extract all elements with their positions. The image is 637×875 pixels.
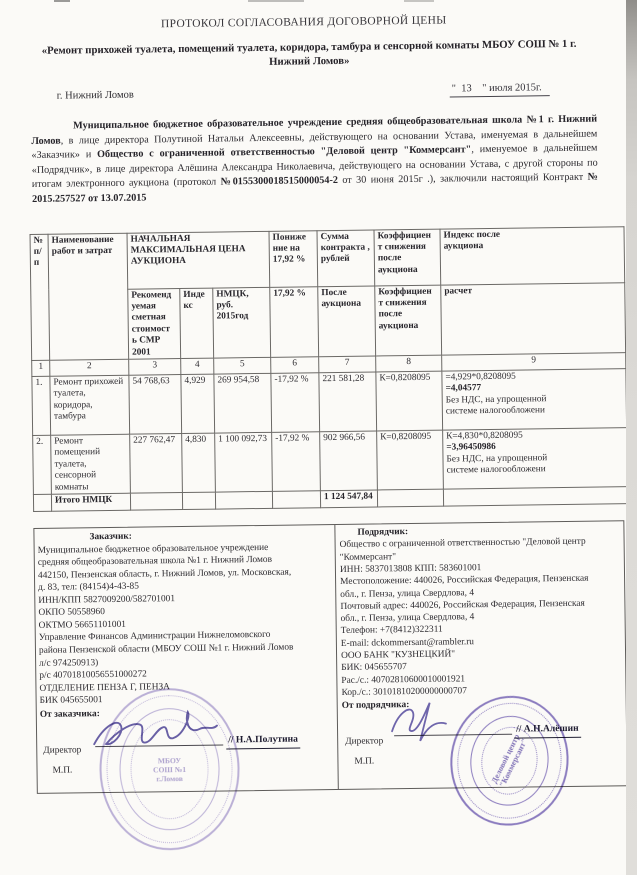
customer-details: Муниципальное бюджетное образовательное … — [38, 541, 336, 708]
place-date-row: г. Нижний Ломов " 13 " июля 2015г. — [0, 81, 625, 105]
document-title: ПРОТОКОЛ СОГЛАСОВАНИЯ ДОГОВОРНОЙ ЦЕНЫ — [0, 12, 614, 32]
intro-contractor-name: Общество с ограниченной ответственностью… — [97, 144, 471, 160]
col-header-coeff: Коэффициен т снижения после аукциона — [374, 229, 441, 286]
col-header-decrease: Пониже ние на 17,92 % — [269, 230, 318, 287]
col-number: 6 — [271, 357, 319, 374]
cell-nmck: 269 954,58 — [214, 373, 272, 433]
intro-paragraph: Муниципальное бюджетное образовательное … — [31, 113, 598, 208]
subheader-decrease: 17,92 % — [270, 286, 319, 357]
col-number: 1 — [32, 360, 50, 376]
cell-name: Ремонт прихожей туалета, коридора, тамбу… — [50, 375, 130, 435]
col-number: 4 — [181, 358, 214, 374]
subheader-cost: Рекоменд уемая сметная стоимост ь СМР 20… — [128, 288, 181, 359]
customer-seal-label: М.П. — [52, 765, 72, 778]
col-header-name: Наименование работ и затрат — [48, 233, 129, 360]
parties-box: Заказчик: Муниципальное бюджетное образо… — [33, 520, 627, 794]
intro-text: от 30 июня 2015г .), заключили настоящий… — [338, 172, 588, 186]
col-header-nmc-group: НАЧАЛЬНАЯ МАКСИМАЛЬНАЯ ЦЕНА АУКЦИОНА — [127, 231, 270, 289]
cell-decrease: -17,92 % — [272, 432, 321, 492]
cell-num: 2. — [33, 435, 52, 494]
customer-signature-block: Директор // Н.А.Полутина М.П. — [40, 717, 337, 793]
calc-formula: =4,929*0,8208095 — [445, 372, 515, 383]
table-row: 2. Ремонт помещений туалета, сенсорной к… — [33, 428, 628, 495]
col-number: 7 — [319, 356, 376, 373]
col-number: 5 — [214, 357, 271, 374]
contractor-role-label: Директор — [345, 736, 383, 749]
document-page: ПРОТОКОЛ СОГЛАСОВАНИЯ ДОГОВОРНОЙ ЦЕНЫ «Р… — [0, 0, 635, 875]
calc-result: =4,04577 — [446, 383, 482, 393]
cell-empty — [130, 493, 182, 511]
cell-empty — [33, 494, 51, 511]
cell-empty — [215, 491, 272, 509]
cell-empty — [182, 492, 215, 509]
scanner-edge-shadow — [626, 0, 637, 875]
cell-cost: 227 762,47 — [130, 434, 183, 494]
cell-nmck: 1 100 092,73 — [215, 432, 273, 492]
cell-name: Ремонт помещений туалета, сенсорной комн… — [51, 434, 131, 494]
cell-decrease: -17,92 % — [271, 373, 320, 433]
calc-result: =3,96450986 — [446, 442, 496, 453]
contractor-details: Общество с ограниченной ответственностью… — [340, 536, 624, 700]
subheader-index: Инде кс — [180, 288, 214, 359]
cell-coeff: К=0,8208095 — [377, 430, 444, 490]
cell-calc: =4,929*0,8208095 =4,04577 Без НДС, на уп… — [442, 369, 627, 430]
contractor-signature-block: Директор // А.Н.Алёшин М.П. — [342, 709, 625, 785]
customer-section: Заказчик: Муниципальное бюджетное образо… — [34, 525, 338, 793]
subheader-coeff: Коэффициен т снижения после аукциона — [375, 285, 442, 356]
col-number: 8 — [376, 355, 442, 372]
calc-note: Без НДС, на упрощенной системе налогообл… — [446, 394, 547, 417]
cell-coeff: К=0,8208095 — [376, 371, 443, 431]
cell-index: 4,929 — [181, 374, 215, 433]
city-label: г. Нижний Ломов — [57, 90, 134, 102]
contractor-signature — [384, 695, 457, 750]
contractor-section: Подрядчик: Общество с ограниченной ответ… — [335, 521, 626, 789]
date-label: " 13 " июля 2015г. — [450, 82, 550, 97]
subheader-after: После аукциона — [318, 286, 376, 357]
cell-empty — [272, 491, 320, 509]
cell-num: 1. — [32, 376, 51, 435]
cell-empty — [443, 487, 627, 506]
cell-after: 902 966,56 — [320, 431, 378, 491]
total-value: 1 124 547,84 — [320, 490, 377, 508]
cell-index: 4,830 — [182, 433, 216, 492]
price-table: № п/ п Наименование работ и затрат НАЧАЛ… — [30, 226, 629, 512]
scan-artifact — [248, 0, 304, 2]
col-number: 2 — [50, 359, 129, 376]
col-header-num: № п/ п — [30, 234, 50, 361]
scan-artifact — [54, 0, 70, 2]
intro-protocol-number: №0155300018515000054-2 — [221, 175, 338, 188]
cell-empty — [377, 489, 443, 507]
scan-artifact — [404, 0, 434, 2]
contractor-signature-name: // А.Н.Алёшин — [514, 723, 581, 738]
contractor-seal-label: М.П. — [354, 756, 374, 769]
cell-calc: К=4,830*0,8208095 =3,96450986 Без НДС, н… — [443, 428, 628, 489]
cell-after: 221 581,28 — [319, 372, 377, 432]
calc-note: Без НДС, на упрощенной системе налогообл… — [446, 453, 547, 476]
col-header-contract-sum: Сумма контракта , рублей — [317, 230, 375, 287]
col-number: 3 — [129, 359, 181, 376]
cell-cost: 54 768,63 — [129, 375, 182, 435]
calc-formula: К=4,830*0,8208095 — [446, 431, 523, 442]
table-row: 1. Ремонт прихожей туалета, коридора, та… — [32, 369, 627, 436]
total-label: Итого НМЦК — [51, 493, 130, 511]
customer-role-label: Директор — [43, 745, 81, 758]
customer-signature — [88, 705, 223, 757]
customer-signature-name: // Н.А.Полутина — [226, 734, 300, 750]
document-subject: «Ремонт прихожей туалета, помещений туал… — [21, 38, 597, 73]
subheader-calc: расчет — [441, 282, 626, 355]
subheader-nmck: НМЦК, руб. 2015год — [213, 287, 271, 358]
col-header-index-after: Индекс после аукциона — [440, 226, 625, 284]
